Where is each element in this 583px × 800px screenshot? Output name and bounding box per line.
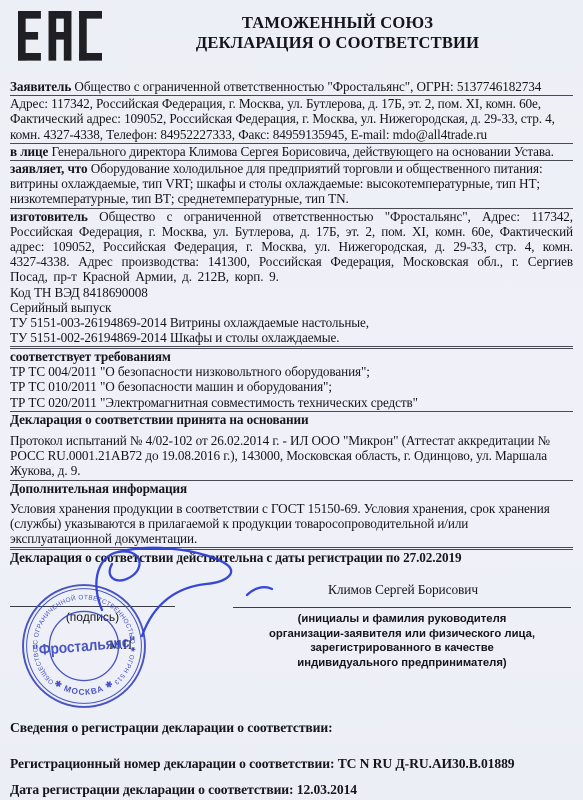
serial-line: Серийный выпуск: [10, 300, 573, 315]
registration-number-line: Регистрационный номер декларации о соотв…: [10, 756, 573, 771]
signature-area: Климов Сергей Борисович (подпись) (иници…: [10, 566, 573, 716]
manufacturer-value: Общество с ограниченной ответственностью…: [10, 209, 573, 285]
declares-label: заявляет, что: [10, 161, 87, 176]
registration-section: Сведения о регистрации декларации о соот…: [10, 716, 573, 798]
registration-date-line: Дата регистрации декларации о соответств…: [10, 782, 573, 797]
complies-heading: соответствует требованиям: [10, 349, 573, 364]
tu-line-2: ТУ 5151-002-26194869-2014 Шкафы и столы …: [10, 330, 573, 345]
person-label: в лице: [10, 144, 48, 159]
basis-heading: Декларация о соответствии принята на осн…: [10, 412, 573, 427]
handwritten-signature: [88, 544, 288, 644]
doc-title-line1: ТАМОЖЕННЫЙ СОЮЗ: [102, 13, 573, 33]
tu-line-1: ТУ 5151-003-26194869-2014 Витрины охлажд…: [10, 315, 573, 330]
signature-stroke: [247, 587, 272, 595]
tnved-code-line: Код ТН ВЭД 8418690008: [10, 285, 573, 300]
person-value: Генерального директора Климова Сергея Бо…: [51, 144, 553, 159]
document-header: ТАМОЖЕННЫЙ СОЮЗ ДЕКЛАРАЦИЯ О СООТВЕТСТВИ…: [10, 0, 573, 69]
manufacturer-label: изготовитель: [10, 209, 88, 224]
additional-heading: Дополнительная информация: [10, 481, 573, 496]
tr-ts-item-3: ТР ТС 020/2011 "Электромагнитная совмест…: [10, 395, 573, 410]
basis-paragraph: Протокол испытаний № 4/02-102 от 26.02.2…: [10, 433, 573, 479]
signature-stroke: [118, 548, 231, 636]
manufacturer-paragraph: изготовитель Общество с ограниченной отв…: [10, 209, 573, 285]
declares-paragraph: заявляет, что Оборудование холодильное д…: [10, 161, 573, 207]
registration-heading: Сведения о регистрации декларации о соот…: [10, 720, 573, 735]
person-line: в лице Генерального директора Климова Се…: [10, 144, 573, 159]
applicant-label: Заявитель: [10, 79, 71, 94]
doc-title-line2: ДЕКЛАРАЦИЯ О СООТВЕТСТВИИ: [102, 33, 573, 53]
declares-value: Оборудование холодильное для предприятий…: [10, 161, 543, 206]
signature-stroke: [96, 551, 139, 610]
applicant-value: Общество с ограниченной ответственностью…: [74, 79, 541, 94]
additional-paragraph: Условия хранения продукции в соответстви…: [10, 501, 573, 547]
title-block: ТАМОЖЕННЫЙ СОЮЗ ДЕКЛАРАЦИЯ О СООТВЕТСТВИ…: [102, 11, 573, 52]
address-value: Адрес: 117342, Российская Федерация, г. …: [10, 96, 555, 141]
address-paragraph: Адрес: 117342, Российская Федерация, г. …: [10, 96, 573, 142]
tr-ts-item-1: ТР ТС 004/2011 "О безопасности низковоль…: [10, 364, 573, 379]
tr-ts-item-2: ТР ТС 010/2011 "О безопасности машин и о…: [10, 379, 573, 394]
applicant-line: Заявитель Общество с ограниченной ответс…: [10, 79, 573, 94]
eac-logo: [18, 11, 102, 61]
document-page: ТАМОЖЕННЫЙ СОЮЗ ДЕКЛАРАЦИЯ О СООТВЕТСТВИ…: [0, 0, 583, 800]
